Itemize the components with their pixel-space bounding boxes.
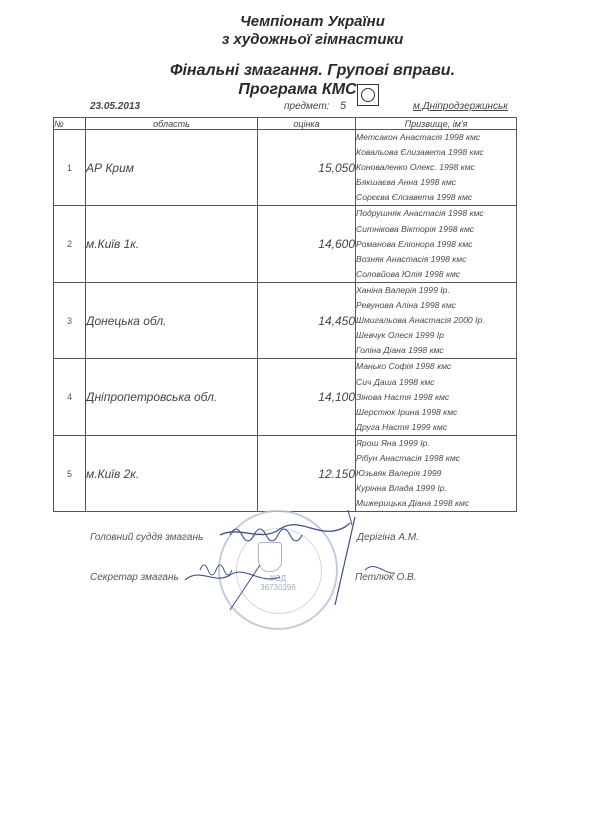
athlete-list: Манько Софія 1998 кмсСич Даша 1998 кмсЗі… (356, 359, 517, 435)
score-value: 14,100 (258, 359, 356, 435)
document-title-line1: Чемпіонат України (0, 13, 595, 31)
athlete-name: Ярош Яна 1999 Ір. (356, 436, 516, 451)
athlete-name: Манько Софія 1998 кмс (356, 359, 516, 374)
athlete-name: Голіна Діана 1998 кмс (356, 343, 516, 358)
athlete-name: Рібун Анастасія 1998 кмс (356, 451, 516, 466)
column-header-score: оцінка (258, 118, 356, 130)
athlete-name: Коноваленко Олекс. 1998 кмс (356, 160, 516, 175)
score-value: 14,450 (258, 282, 356, 358)
athlete-name: Подрушняк Анастасія 1998 кмс (356, 206, 516, 221)
athlete-list: Ярош Яна 1999 Ір.Рібун Анастасія 1998 км… (356, 435, 517, 511)
hoop-circle-icon (357, 84, 379, 106)
athlete-name: Шевчук Олеся 1999 Ір (356, 328, 516, 343)
row-number: 5 (54, 435, 86, 511)
athlete-list: Метсакон Анастасія 1998 кмсКовальова Єли… (356, 130, 517, 206)
athlete-name: Ревунова Аліна 1998 кмс (356, 298, 516, 313)
handwritten-signatures-icon (170, 505, 410, 615)
region-name: АР Крим (86, 130, 258, 206)
column-header-number: № (54, 118, 86, 130)
region-name: м.Київ 1к. (86, 206, 258, 282)
athlete-name: Сорєєва Єлізавета 1998 кмс (356, 190, 516, 205)
region-name: Дніпропетровська обл. (86, 359, 258, 435)
secretary-label: Секретар змагань (90, 572, 179, 583)
athlete-name: Друга Настя 1999 кмс (356, 420, 516, 435)
results-table: № область оцінка Призвище, ім'я 1АР Крим… (53, 117, 517, 512)
athlete-list: Ханіна Валерія 1999 Ір.Ревунова Аліна 19… (356, 282, 517, 358)
document-title-line2: з художньої гімнастики (0, 31, 595, 49)
column-header-region: область (86, 118, 258, 130)
row-number: 3 (54, 282, 86, 358)
athlete-name: Шмигальова Анастасія 2000 Ір. (356, 313, 516, 328)
table-row: 3Донецька обл.14,450Ханіна Валерія 1999 … (54, 282, 517, 358)
program-title: Програма КМС (0, 80, 595, 100)
athlete-name: Куріннa Влада 1999 Ір. (356, 481, 516, 496)
athlete-name: Романова Еліонора 1998 кмс (356, 237, 516, 252)
competition-date: 23.05.2013 (90, 101, 140, 112)
row-number: 1 (54, 130, 86, 206)
athlete-name: Юзьвяк Валерія 1999 (356, 466, 516, 481)
event-subtitle: Фінальні змагання. Групові вправи. (0, 61, 595, 81)
table-header-row: № область оцінка Призвище, ім'я (54, 118, 517, 130)
athlete-name: Метсакон Анастасія 1998 кмс (356, 130, 516, 145)
athlete-name: Бякшаєва Анна 1998 кмс (356, 175, 516, 190)
athlete-name: Ковальова Єлизавета 1998 кмс (356, 145, 516, 160)
table-row: 4Дніпропетровська обл.14,100Манько Софія… (54, 359, 517, 435)
athlete-name: Ханіна Валерія 1999 Ір. (356, 283, 516, 298)
athlete-name: Сич Даша 1998 кмс (356, 375, 516, 390)
subject-label: предмет: (284, 101, 329, 112)
city-label: м.Дніпродзержинськ (413, 101, 508, 112)
table-row: 2м.Київ 1к.14,600Подрушняк Анастасія 199… (54, 206, 517, 282)
athlete-list: Подрушняк Анастасія 1998 кмсСитнікова Ві… (356, 206, 517, 282)
row-number: 2 (54, 206, 86, 282)
table-row: 5м.Київ 2к.12.150Ярош Яна 1999 Ір.Рібун … (54, 435, 517, 511)
table-row: 1АР Крим15,050Метсакон Анастасія 1998 км… (54, 130, 517, 206)
score-value: 15,050 (258, 130, 356, 206)
column-header-athletes: Призвище, ім'я (356, 118, 517, 130)
athlete-name: Ситнікова Вікторія 1998 кмс (356, 222, 516, 237)
athlete-name: Шерстюк Ірина 1998 кмс (356, 405, 516, 420)
score-value: 14,600 (258, 206, 356, 282)
subject-value: 5 (340, 100, 346, 112)
score-value: 12.150 (258, 435, 356, 511)
region-name: м.Київ 2к. (86, 435, 258, 511)
athlete-name: Зінова Настя 1998 кмс (356, 390, 516, 405)
athlete-name: Возняк Анастасія 1998 кмс (356, 252, 516, 267)
row-number: 4 (54, 359, 86, 435)
athlete-name: Соловйова Юлія 1998 кмс (356, 267, 516, 282)
region-name: Донецька обл. (86, 282, 258, 358)
